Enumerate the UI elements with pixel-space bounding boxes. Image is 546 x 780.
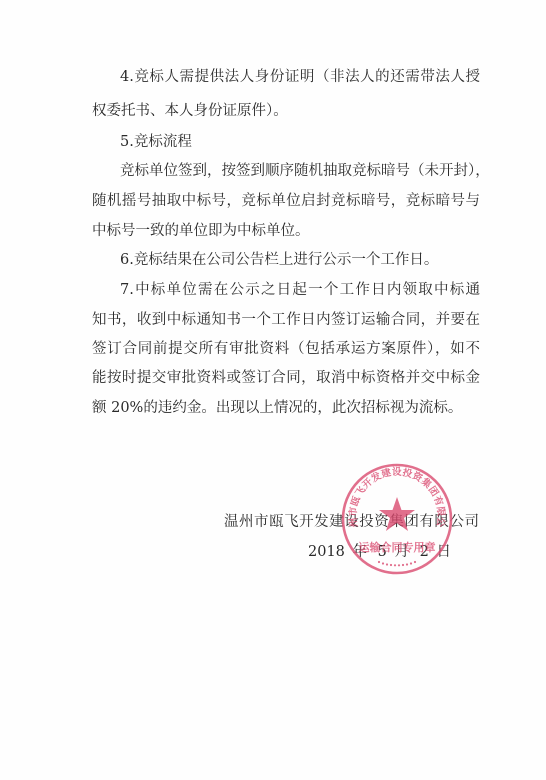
text-line: 额 20%的违约金。出现以上情况的，此次招标视为流标。 [92, 398, 480, 418]
stamp-serial-dots [378, 561, 416, 567]
text-line: 竞标单位签到，按签到顺序随机抽取竞标暗号（未开封）， [120, 161, 480, 181]
stamp-bottom-text: 运输合同专用章 [359, 540, 436, 554]
text-line: 随机摇号抽取中标号，竞标单位启封竞标暗号，竞标暗号与 [92, 191, 480, 211]
text-line: 7.中标单位需在公示之日起一个工作日内领取中标通 [120, 280, 480, 300]
text-line: 权委托书、本人身份证原件）。 [92, 101, 480, 121]
text-line: 6.竞标结果在公司公告栏上进行公示一个工作日。 [120, 250, 480, 270]
text-line: 能按时提交审批资料或签订合同，取消中标资格并交中标金 [92, 368, 480, 388]
company-seal-stamp: 温州市瓯飞开发建设投资集团有限公司 运输合同专用章 [341, 463, 453, 575]
star-icon [379, 497, 415, 531]
text-line: 中标号一致的单位即为中标单位。 [92, 221, 480, 241]
text-line: 签订合同前提交所有审批资料（包括承运方案原件），如不 [92, 339, 480, 359]
section-heading: 5.竞标流程 [120, 132, 480, 152]
text-line: 知书，收到中标通知书一个工作日内签订运输合同，并要在 [92, 310, 480, 330]
document-page: 4.竞标人需提供法人身份证明（非法人的还需带法人授 权委托书、本人身份证原件）。… [0, 0, 546, 780]
text-line: 4.竞标人需提供法人身份证明（非法人的还需带法人授 [120, 67, 480, 87]
